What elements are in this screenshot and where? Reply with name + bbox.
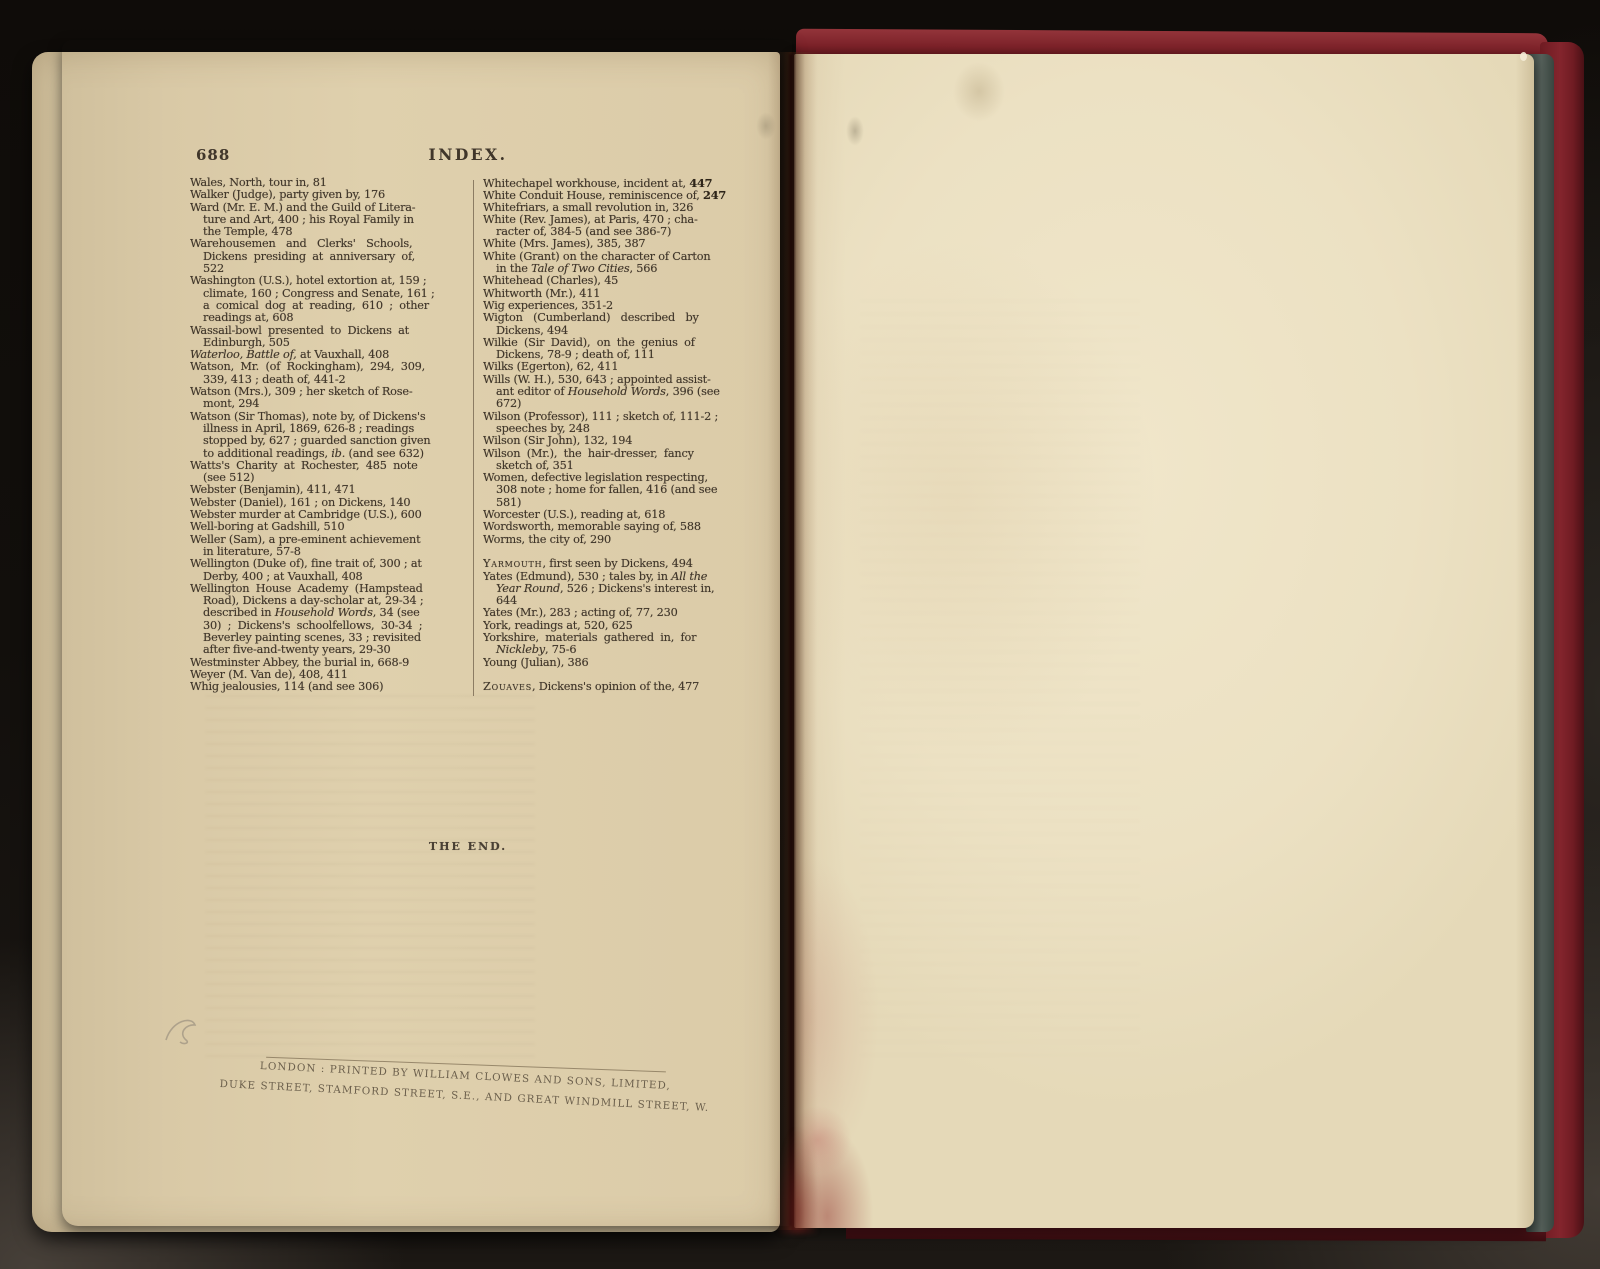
index-line: after five-and-twenty years, 29-30 — [190, 644, 469, 656]
index-line: Worms, the city of, 290 — [483, 534, 750, 546]
index-line: Young (Julian), 386 — [483, 657, 750, 669]
index-line: Zouaves, Dickens's opinion of the, 477 — [483, 681, 750, 693]
index-line: described in Household Words, 34 (see — [190, 607, 469, 619]
index-line: Wigton (Cumberland) described by — [483, 312, 750, 324]
index-line: Warehousemen and Clerks' Schools, — [190, 238, 469, 250]
index-column-left: Wales, North, tour in, 81Walker (Judge),… — [190, 177, 469, 693]
index-line: 672) — [483, 398, 750, 410]
index-line: mont, 294 — [190, 398, 469, 410]
index-column-right: Whitechapel workhouse, incident at, 447W… — [483, 177, 750, 693]
index-line: readings at, 608 — [190, 312, 469, 324]
gutter-fold-line — [789, 54, 793, 1226]
index-line: Yarmouth, first seen by Dickens, 494 — [483, 558, 750, 570]
index-line: Well-boring at Gadshill, 510 — [190, 521, 469, 533]
index-line: Wilks (Egerton), 62, 411 — [483, 361, 750, 373]
index-line: ant editor of Household Words, 396 (see — [483, 386, 750, 398]
book-photo: 688 INDEX. Wales, North, tour in, 81Walk… — [0, 0, 1600, 1269]
index-line: Washington (U.S.), hotel extortion at, 1… — [190, 275, 469, 287]
smudge-stain — [756, 112, 776, 140]
index-line: White Conduit House, reminiscence of, 24… — [483, 189, 750, 201]
index-line: Whig jealousies, 114 (and see 306) — [190, 681, 469, 693]
page-title: INDEX. — [190, 145, 746, 164]
index-line: Wilson (Sir John), 132, 194 — [483, 435, 750, 447]
index-line: Dickens presiding at anniversary of, — [190, 251, 469, 263]
index-line: Watson, Mr. (of Rockingham), 294, 309, — [190, 361, 469, 373]
column-divider-rule — [473, 180, 474, 696]
gutter-red-stain — [778, 1130, 818, 1234]
smudge-stain — [846, 116, 864, 146]
index-line: Wassail-bowl presented to Dickens at — [190, 325, 469, 337]
index-line: to additional readings, ib. (and see 632… — [190, 448, 469, 460]
index-columns: Wales, North, tour in, 81Walker (Judge),… — [190, 177, 750, 707]
index-line: Dickens, 494 — [483, 325, 750, 337]
index-line: White (Mrs. James), 385, 387 — [483, 238, 750, 250]
index-line: Walker (Judge), party given by, 176 — [190, 189, 469, 201]
index-line: Nickleby, 75-6 — [483, 644, 750, 656]
index-line: Year Round, 526 ; Dickens's interest in, — [483, 583, 750, 595]
index-line: 308 note ; home for fallen, 416 (and see — [483, 484, 750, 496]
index-line: Wellington (Duke of), fine trait of, 300… — [190, 558, 469, 570]
gutter-shadow — [768, 52, 818, 1230]
index-line: Wordsworth, memorable saying of, 588 — [483, 521, 750, 533]
the-end-text: THE END. — [190, 840, 746, 853]
page-corner-chip — [1520, 52, 1527, 61]
index-line: Webster (Benjamin), 411, 471 — [190, 484, 469, 496]
index-line: Yates (Mr.), 283 ; acting of, 77, 230 — [483, 607, 750, 619]
index-line: stopped by, 627 ; guarded sanction given — [190, 435, 469, 447]
index-line: Whitehead (Charles), 45 — [483, 275, 750, 287]
index-line: Wilson (Mr.), the hair-dresser, fancy — [483, 448, 750, 460]
text-showthrough — [205, 695, 535, 1065]
index-line: Derby, 400 ; at Vauxhall, 408 — [190, 571, 469, 583]
text-showthrough — [860, 300, 1140, 1060]
